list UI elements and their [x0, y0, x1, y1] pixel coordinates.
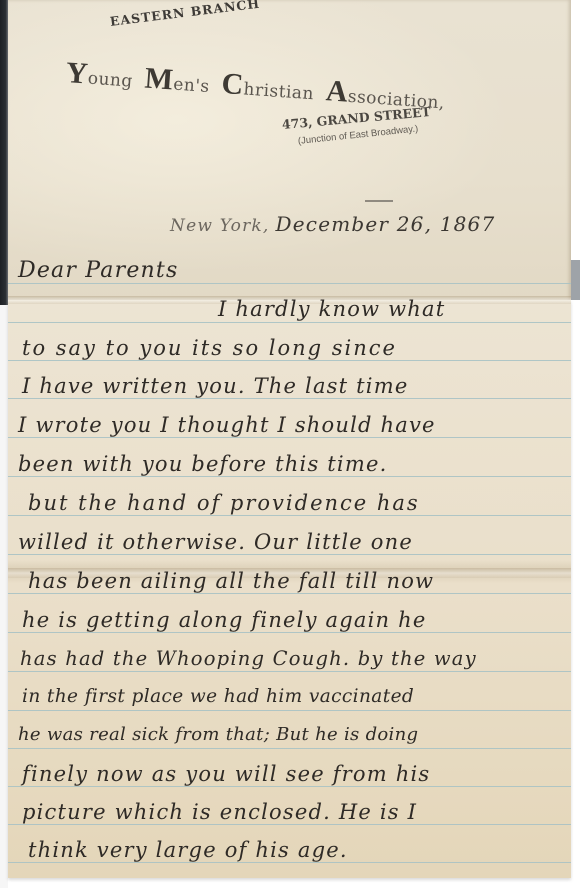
org-word: oung: [87, 69, 133, 92]
scanner-backdrop-left-lower: [0, 305, 8, 888]
letter-line: to say to you its so long since: [22, 336, 397, 360]
ornamental-initial-a: A: [325, 74, 349, 108]
org-word: en's: [173, 75, 211, 97]
letter-line: he was real sick from that; But he is do…: [18, 724, 418, 745]
date-line: New York,December 26, 1867: [170, 212, 495, 236]
ruled-line: [8, 593, 571, 594]
scanner-backdrop-right-shadow: [570, 260, 580, 300]
letter-line: I wrote you I thought I should have: [18, 413, 436, 437]
letter-line: he is getting along finely again he: [22, 608, 426, 632]
ruled-line: [8, 283, 571, 284]
ruled-line: [8, 360, 571, 361]
ruled-line: [8, 554, 571, 555]
letter-line: willed it otherwise. Our little one: [18, 530, 413, 554]
ruled-line: [8, 824, 571, 825]
letter-date: December 26, 1867: [276, 212, 496, 236]
org-word: hristian: [243, 79, 315, 104]
letter-place: New York,: [170, 216, 270, 236]
ornamental-initial-c: C: [221, 67, 245, 101]
ruled-line: [8, 437, 571, 438]
ruled-line: [8, 786, 571, 787]
letter-line: think very large of his age.: [28, 838, 348, 862]
decorative-dash: [365, 200, 393, 202]
letter-sheet-upper-panel: [8, 0, 571, 300]
ruled-line: [8, 862, 571, 863]
letter-line: has been ailing all the fall till now: [28, 569, 434, 593]
ruled-line: [8, 398, 571, 399]
ruled-line: [8, 710, 571, 711]
letter-line: finely now as you will see from his: [22, 762, 430, 786]
letter-line: I hardly know what: [218, 297, 445, 321]
letter-line: but the hand of providence has: [28, 491, 420, 515]
scanner-backdrop-left: [0, 0, 8, 305]
letter-line: picture which is enclosed. He is I: [22, 800, 417, 824]
ruled-line: [8, 322, 571, 323]
ruled-line: [8, 476, 571, 477]
letter-line: has had the Whooping Cough. by the way: [20, 647, 477, 670]
letter-line: in the first place we had him vaccinated: [22, 686, 414, 707]
ruled-line: [8, 671, 571, 672]
ruled-line: [8, 515, 571, 516]
scanner-backdrop-right: [570, 0, 580, 888]
ornamental-initial-y: Y: [65, 56, 89, 90]
ruled-line: [8, 748, 571, 749]
ornamental-initial-m: M: [144, 62, 175, 97]
letter-line: I have written you. The last time: [22, 374, 408, 398]
ruled-line: [8, 632, 571, 633]
letter-line: been with you before this time.: [18, 452, 387, 476]
letter-greeting: Dear Parents: [18, 258, 178, 283]
